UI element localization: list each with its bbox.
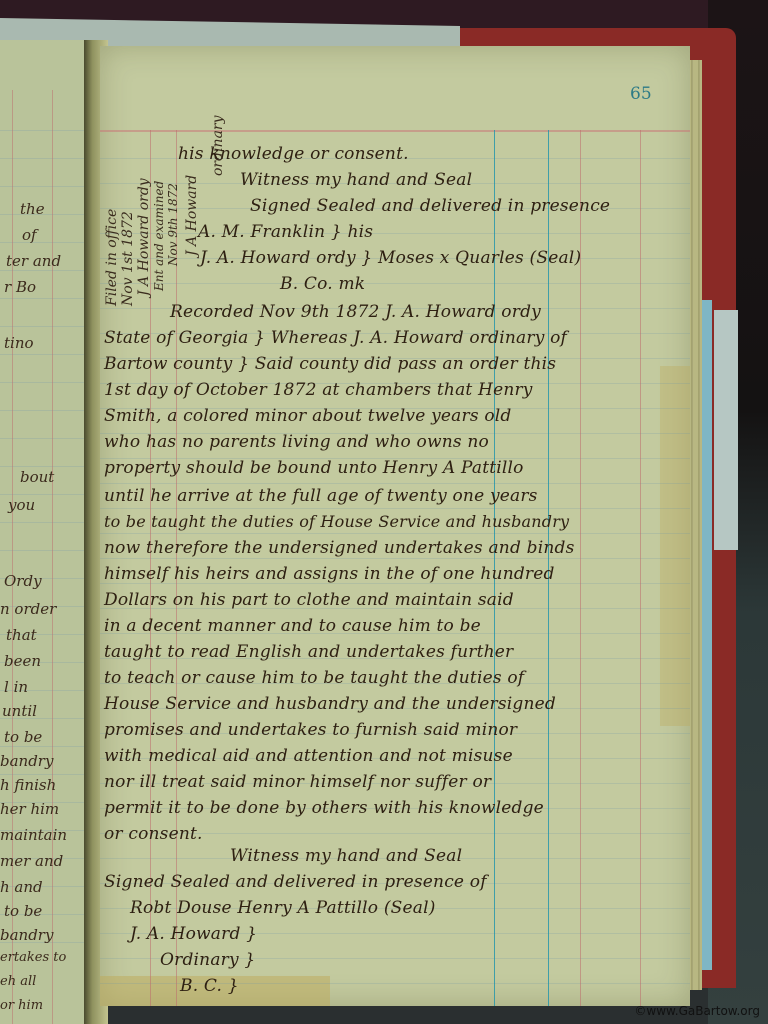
left-page-text: mer and [0, 852, 63, 870]
text-line: J. A. Howard ordy } Moses x Quarles (Sea… [200, 248, 581, 268]
text-line: State of Georgia } Whereas J. A. Howard … [104, 328, 567, 348]
left-page-text: until [2, 702, 37, 720]
text-line: B. C. } [180, 976, 239, 996]
text-line: in a decent manner and to cause him to b… [104, 616, 481, 636]
copyright-watermark: ©www.GaBartow.org [634, 1004, 760, 1018]
text-line: until he arrive at the full age of twent… [104, 486, 538, 506]
text-line: Witness my hand and Seal [240, 170, 472, 190]
text-line: B. Co. mk [280, 274, 365, 294]
text-line: to teach or cause him to be taught the d… [104, 668, 524, 688]
text-line: nor ill treat said minor himself nor suf… [104, 772, 491, 792]
margin-note: J A Howard ordy [136, 178, 152, 296]
text-line: Bartow county } Said county did pass an … [104, 354, 556, 374]
left-page-text: her him [0, 800, 59, 818]
paper-stain [660, 366, 690, 726]
header-rule [100, 130, 690, 132]
margin-note: J A Howard [184, 175, 200, 256]
text-line: Dollars on his part to clothe and mainta… [104, 590, 514, 610]
text-line: Signed Sealed and delivered in presence … [104, 872, 487, 892]
text-line: to be taught the duties of House Service… [104, 512, 569, 531]
text-line: A. M. Franklin } his [198, 222, 373, 242]
left-page-text: you [8, 496, 35, 514]
text-line: Recorded Nov 9th 1872 J. A. Howard ordy [170, 302, 541, 322]
text-line: himself his heirs and assigns in the of … [104, 564, 555, 584]
margin-note: Filed in office [104, 209, 120, 306]
margin-note: Nov 9th 1872 [166, 183, 180, 266]
left-page-text: bandry [0, 926, 53, 944]
text-line: now therefore the undersigned undertakes… [104, 538, 575, 558]
column-rule-red [640, 130, 641, 1006]
text-line: 1st day of October 1872 at chambers that… [104, 380, 533, 400]
page-number: 65 [630, 84, 652, 104]
text-line: permit it to be done by others with his … [104, 798, 544, 818]
margin-note: Ent and examined [152, 181, 166, 291]
left-page-text: that [6, 626, 37, 644]
left-page: the of ter and r Bo tino bout you Ordy n… [0, 40, 92, 1024]
text-line: J. A. Howard } [130, 924, 257, 944]
ledger-page: 65 Filed in office Nov 1st 1872 J A Howa… [100, 46, 690, 1006]
left-page-text: maintain [0, 826, 67, 844]
left-page-text: h and [0, 878, 43, 896]
text-line: Robt Douse Henry A Pattillo (Seal) [130, 898, 436, 918]
left-page-text: of [22, 226, 37, 244]
left-page-text: or him [0, 998, 43, 1013]
text-line: with medical aid and attention and not m… [104, 746, 513, 766]
left-page-text: ertakes to [0, 950, 66, 965]
left-page-text: bandry [0, 752, 53, 770]
text-line: or consent. [104, 824, 203, 844]
left-page-text: r Bo [4, 278, 36, 296]
text-line: Ordinary } [160, 950, 255, 970]
text-line: promises and undertakes to furnish said … [104, 720, 517, 740]
text-line: taught to read English and undertakes fu… [104, 642, 513, 662]
text-line: Witness my hand and Seal [230, 846, 462, 866]
left-page-text: bout [20, 468, 54, 486]
text-line: property should be bound unto Henry A Pa… [104, 458, 524, 478]
left-page-text: the [20, 200, 45, 218]
left-page-text: been [4, 652, 41, 670]
left-page-text: to be [4, 728, 42, 746]
left-page-text: l in [4, 678, 28, 696]
left-page-text: tino [4, 334, 34, 352]
left-page-text: ter and [6, 252, 61, 270]
text-line: Signed Sealed and delivered in presence [250, 196, 610, 216]
text-line: House Service and husbandry and the unde… [104, 694, 556, 714]
margin-note: Nov 1st 1872 [120, 211, 136, 306]
text-line: who has no parents living and who owns n… [104, 432, 489, 452]
text-line: his knowledge or consent. [178, 144, 409, 164]
left-page-text: to be [4, 902, 42, 920]
left-page-text: eh all [0, 974, 36, 989]
left-page-text: Ordy [4, 572, 42, 590]
left-page-text: h finish [0, 776, 56, 794]
text-line: Smith, a colored minor about twelve year… [104, 406, 512, 426]
left-page-text: n order [0, 600, 56, 618]
book-cover-cloth [714, 310, 738, 550]
